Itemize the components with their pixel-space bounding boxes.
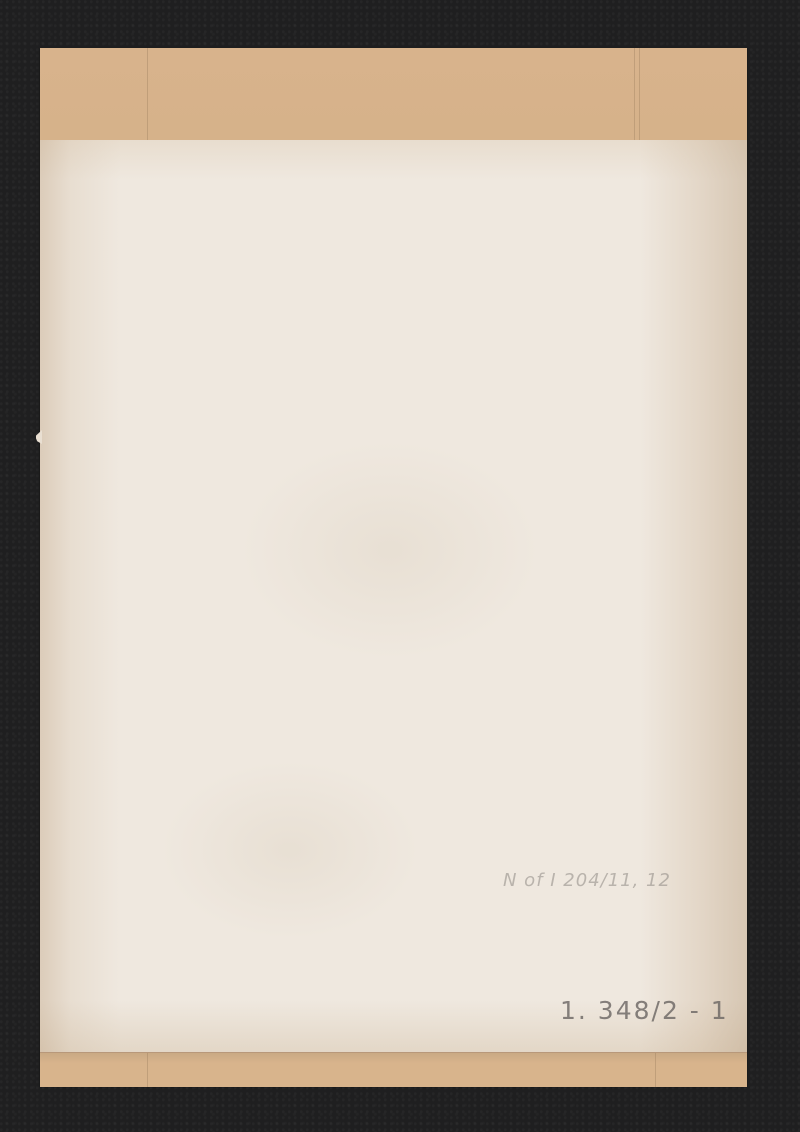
fold-line: [634, 48, 635, 140]
paper-stain: [160, 760, 420, 940]
paper-surface: [40, 140, 747, 1052]
document-sheet: N of I 204/11, 12 1. 348/2 - 1: [40, 48, 747, 1086]
fold-line: [655, 1053, 656, 1087]
fold-line: [147, 48, 148, 140]
pencil-catalog-number: 1. 348/2 - 1: [560, 996, 729, 1025]
top-mounting-strip: [40, 48, 747, 141]
paper-stain: [240, 440, 540, 660]
fold-line: [639, 48, 640, 140]
pencil-inventory-note: N of I 204/11, 12: [503, 870, 671, 891]
fold-line: [147, 1053, 148, 1087]
edge-tear: [36, 430, 42, 444]
bottom-mounting-strip: [40, 1052, 747, 1087]
